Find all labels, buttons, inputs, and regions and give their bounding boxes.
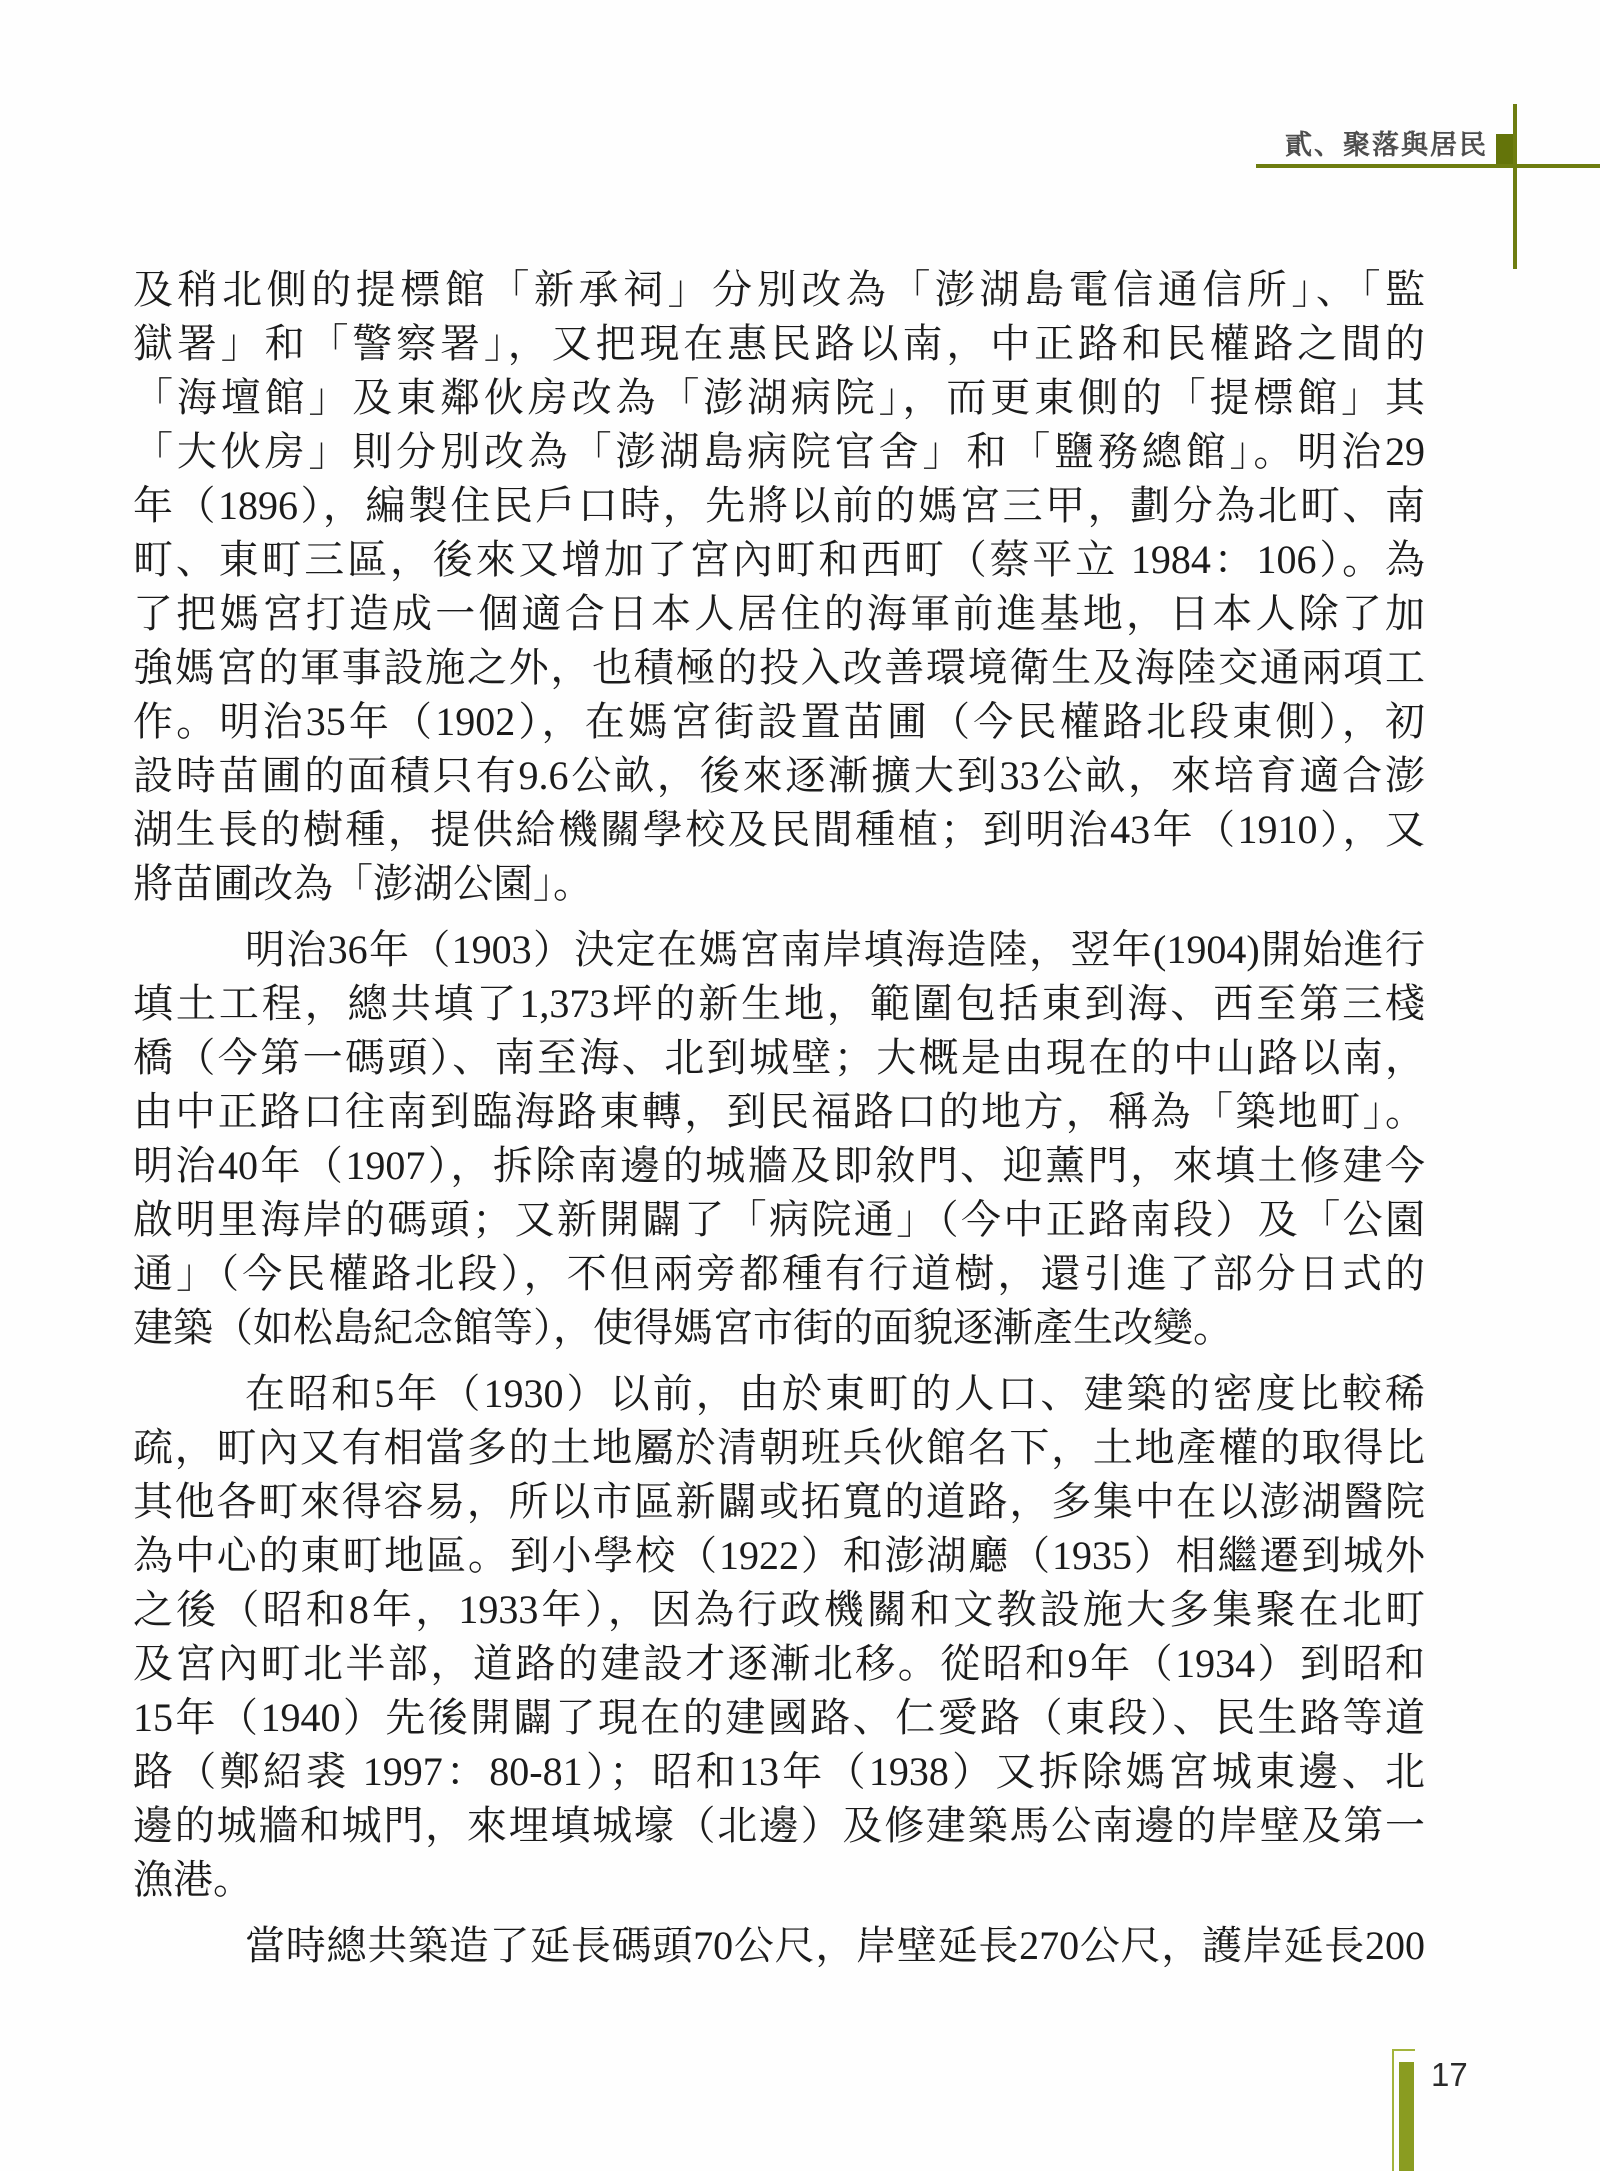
text-line: 年（1896），編製住民戶口時，先將以前的媽宮三甲，劃分為北町、南	[133, 479, 1425, 533]
text-line: 及宮內町北半部，道路的建設才逐漸北移。從昭和9年（1934）到昭和	[133, 1637, 1425, 1691]
chapter-title: 貳、聚落與居民	[1285, 130, 1488, 160]
page-number: 17	[1431, 2056, 1468, 2094]
text-line: 「海壇館」及東鄰伙房改為「澎湖病院」，而更東側的「提標館」其	[133, 371, 1425, 425]
header-rule-horizontal	[1256, 164, 1600, 168]
text-line: 了把媽宮打造成一個適合日本人居住的海軍前進基地，日本人除了加	[133, 587, 1425, 641]
text-line: 邊的城牆和城門，來埋填城壕（北邊）及修建築馬公南邊的岸壁及第一	[133, 1799, 1425, 1853]
text-line: 當時總共築造了延長碼頭70公尺，岸壁延長270公尺，護岸延長200	[133, 1919, 1425, 1973]
text-line: 漁港。	[133, 1853, 1425, 1907]
text-line: 啟明里海岸的碼頭；又新開闢了「病院通」（今中正路南段）及「公園	[133, 1193, 1425, 1247]
document-page: 貳、聚落與居民 及稍北側的提標館「新承祠」分別改為「澎湖島電信通信所」、「監獄署…	[0, 0, 1600, 2171]
text-line: 建築（如松島紀念館等），使得媽宮市街的面貌逐漸產生改變。	[133, 1301, 1425, 1355]
text-line: 之後（昭和8年，1933年），因為行政機關和文教設施大多集聚在北町	[133, 1583, 1425, 1637]
text-line: 路（鄭紹裘 1997：80-81）；昭和13年（1938）又拆除媽宮城東邊、北	[133, 1745, 1425, 1799]
text-line: 獄署」和「警察署」，又把現在惠民路以南，中正路和民權路之間的	[133, 317, 1425, 371]
page-number-bracket-horizontal	[1392, 2049, 1415, 2051]
text-line: 15年（1940）先後開闢了現在的建國路、仁愛路（東段）、民生路等道	[133, 1691, 1425, 1745]
paragraph: 當時總共築造了延長碼頭70公尺，岸壁延長270公尺，護岸延長200	[133, 1919, 1425, 1973]
text-line: 疏，町內又有相當多的土地屬於清朝班兵伙館名下，土地產權的取得比	[133, 1421, 1425, 1475]
text-line: 其他各町來得容易，所以市區新闢或拓寬的道路，多集中在以澎湖醫院	[133, 1475, 1425, 1529]
paragraph: 明治36年（1903）決定在媽宮南岸填海造陸，翌年(1904)開始進行填土工程，…	[133, 923, 1425, 1355]
page-number-bracket-vertical	[1392, 2049, 1394, 2171]
text-line: 橋（今第一碼頭）、南至海、北到城壁；大概是由現在的中山路以南，	[133, 1031, 1425, 1085]
body-text: 及稍北側的提標館「新承祠」分別改為「澎湖島電信通信所」、「監獄署」和「警察署」，…	[133, 263, 1425, 1973]
text-line: 明治40年（1907），拆除南邊的城牆及即敘門、迎薰門，來填土修建今	[133, 1139, 1425, 1193]
text-line: 「大伙房」則分別改為「澎湖島病院官舍」和「鹽務總館」。明治29	[133, 425, 1425, 479]
text-line: 由中正路口往南到臨海路東轉，到民福路口的地方，稱為「築地町」。	[133, 1085, 1425, 1139]
paragraph: 及稍北側的提標館「新承祠」分別改為「澎湖島電信通信所」、「監獄署」和「警察署」，…	[133, 263, 1425, 911]
text-line: 在昭和5年（1930）以前，由於東町的人口、建築的密度比較稀	[133, 1367, 1425, 1421]
text-line: 將苗圃改為「澎湖公園」。	[133, 857, 1425, 911]
text-line: 強媽宮的軍事設施之外，也積極的投入改善環境衛生及海陸交通兩項工	[133, 641, 1425, 695]
text-line: 為中心的東町地區。到小學校（1922）和澎湖廳（1935）相繼遷到城外	[133, 1529, 1425, 1583]
text-line: 湖生長的樹種，提供給機關學校及民間種植；到明治43年（1910），又	[133, 803, 1425, 857]
text-line: 明治36年（1903）決定在媽宮南岸填海造陸，翌年(1904)開始進行	[133, 923, 1425, 977]
text-line: 町、東町三區，後來又增加了宮內町和西町（蔡平立 1984：106）。為	[133, 533, 1425, 587]
header-rule-vertical	[1513, 104, 1517, 269]
paragraph: 在昭和5年（1930）以前，由於東町的人口、建築的密度比較稀疏，町內又有相當多的…	[133, 1367, 1425, 1907]
text-line: 設時苗圃的面積只有9.6公畝，後來逐漸擴大到33公畝，來培育適合澎	[133, 749, 1425, 803]
text-line: 填土工程，總共填了1,373坪的新生地，範圍包括東到海、西至第三棧	[133, 977, 1425, 1031]
text-line: 通」（今民權路北段），不但兩旁都種有行道樹，還引進了部分日式的	[133, 1247, 1425, 1301]
text-line: 作。明治35年（1902），在媽宮街設置苗圃（今民權路北段東側），初	[133, 695, 1425, 749]
page-number-bar	[1399, 2062, 1414, 2171]
text-line: 及稍北側的提標館「新承祠」分別改為「澎湖島電信通信所」、「監	[133, 263, 1425, 317]
